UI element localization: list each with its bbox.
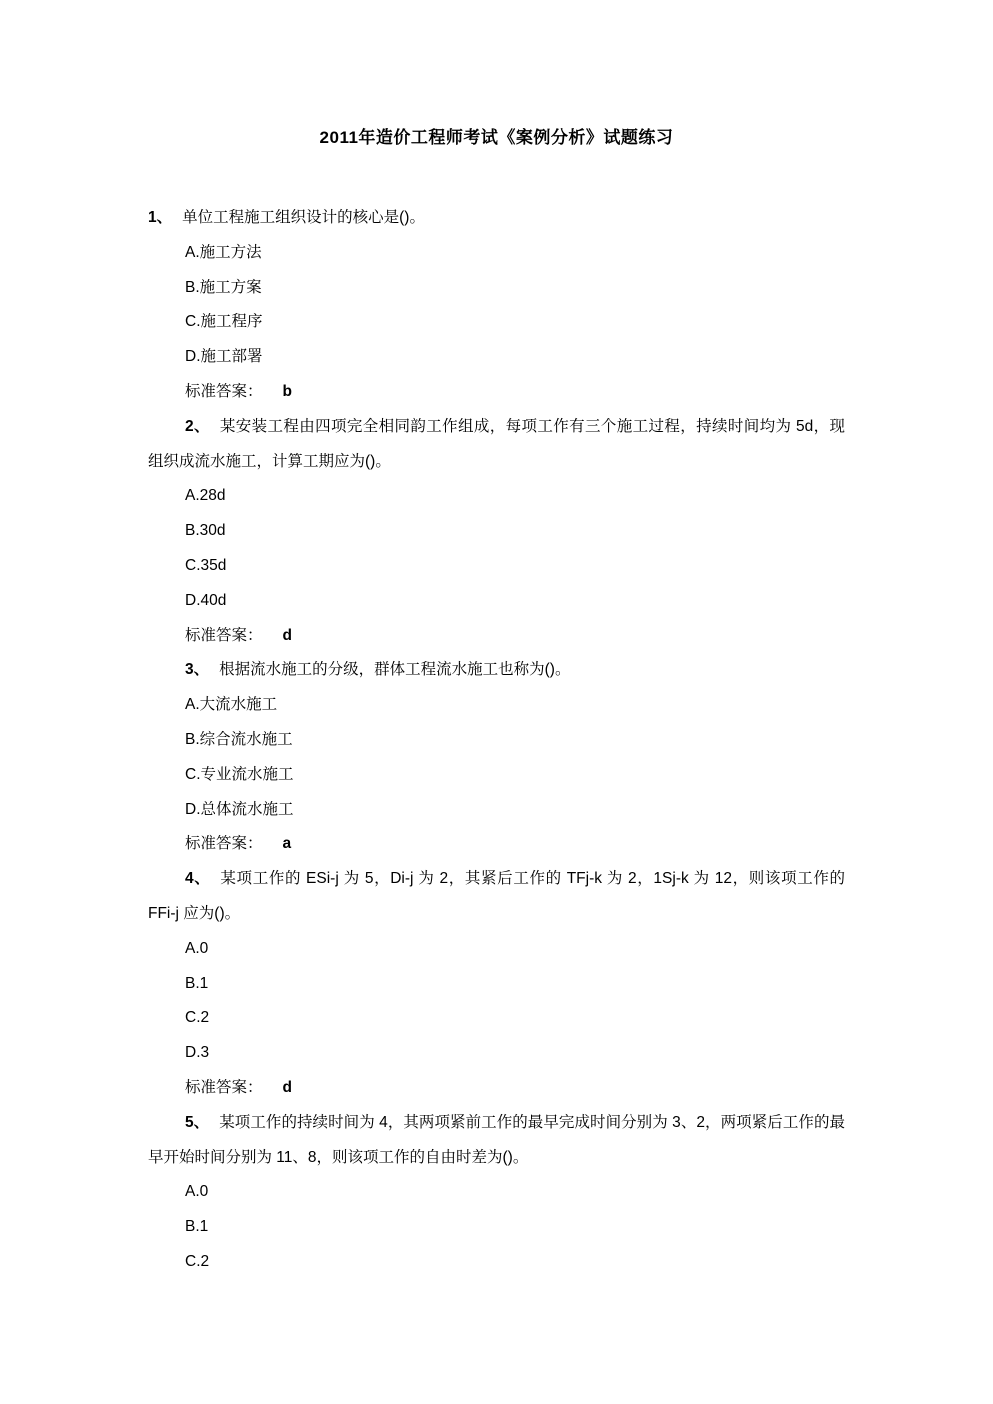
option-a: A.大流水施工 bbox=[148, 688, 845, 723]
answer-label: 标准答案： bbox=[185, 383, 263, 400]
question-number: 5、 bbox=[185, 1114, 209, 1131]
answer-value: a bbox=[283, 835, 292, 852]
question-text: 4、某项工作的 ESi-j 为 5，Di-j 为 2，其紧后工作的 TFj-k … bbox=[148, 862, 845, 932]
page-title: 2011年造价工程师考试《案例分析》试题练习 bbox=[148, 126, 845, 150]
question-body: 单位工程施工组织设计的核心是()。 bbox=[182, 209, 425, 226]
option-a: A.0 bbox=[148, 932, 845, 967]
question-text: 5、某项工作的持续时间为 4，其两项紧前工作的最早完成时间分别为 3、2，两项紧… bbox=[148, 1106, 845, 1176]
document-page: 2011年造价工程师考试《案例分析》试题练习 1、单位工程施工组织设计的核心是(… bbox=[0, 0, 993, 1404]
answer-line: 标准答案：b bbox=[148, 375, 845, 410]
question-number: 2、 bbox=[185, 418, 210, 435]
option-c: C.专业流水施工 bbox=[148, 758, 845, 793]
option-d: D.40d bbox=[148, 584, 845, 619]
option-a: A.施工方法 bbox=[148, 236, 845, 271]
question-body: 某项工作的 ESi-j 为 5，Di-j 为 2，其紧后工作的 TFj-k 为 … bbox=[148, 870, 845, 922]
question-list: 1、单位工程施工组织设计的核心是()。 A.施工方法 B.施工方案 C.施工程序… bbox=[148, 201, 845, 1280]
question-text: 2、某安装工程由四项完全相同韵工作组成，每项工作有三个施工过程，持续时间均为 5… bbox=[148, 410, 845, 480]
question-number: 4、 bbox=[185, 870, 210, 887]
answer-line: 标准答案：d bbox=[148, 619, 845, 654]
option-c: C.35d bbox=[148, 549, 845, 584]
option-d: D.3 bbox=[148, 1036, 845, 1071]
question-4: 4、某项工作的 ESi-j 为 5，Di-j 为 2，其紧后工作的 TFj-k … bbox=[148, 862, 845, 1106]
question-number: 3、 bbox=[185, 661, 209, 678]
question-5: 5、某项工作的持续时间为 4，其两项紧前工作的最早完成时间分别为 3、2，两项紧… bbox=[148, 1106, 845, 1280]
answer-value: d bbox=[283, 1079, 292, 1096]
option-c: C.2 bbox=[148, 1245, 845, 1280]
option-b: B.1 bbox=[148, 1210, 845, 1245]
option-b: B.1 bbox=[148, 967, 845, 1002]
question-body: 某安装工程由四项完全相同韵工作组成，每项工作有三个施工过程，持续时间均为 5d，… bbox=[148, 418, 845, 470]
question-body: 某项工作的持续时间为 4，其两项紧前工作的最早完成时间分别为 3、2，两项紧后工… bbox=[148, 1114, 845, 1166]
question-number: 1、 bbox=[148, 209, 172, 226]
option-a: A.28d bbox=[148, 479, 845, 514]
question-1: 1、单位工程施工组织设计的核心是()。 A.施工方法 B.施工方案 C.施工程序… bbox=[148, 201, 845, 410]
answer-line: 标准答案：d bbox=[148, 1071, 845, 1106]
answer-value: b bbox=[283, 383, 292, 400]
question-2: 2、某安装工程由四项完全相同韵工作组成，每项工作有三个施工过程，持续时间均为 5… bbox=[148, 410, 845, 654]
option-b: B.施工方案 bbox=[148, 271, 845, 306]
option-b: B.综合流水施工 bbox=[148, 723, 845, 758]
question-text: 3、根据流水施工的分级，群体工程流水施工也称为()。 bbox=[148, 653, 845, 688]
question-text: 1、单位工程施工组织设计的核心是()。 bbox=[148, 201, 845, 236]
question-3: 3、根据流水施工的分级，群体工程流水施工也称为()。 A.大流水施工 B.综合流… bbox=[148, 653, 845, 862]
answer-label: 标准答案： bbox=[185, 1079, 263, 1096]
question-body: 根据流水施工的分级，群体工程流水施工也称为()。 bbox=[219, 661, 570, 678]
option-c: C.2 bbox=[148, 1001, 845, 1036]
option-b: B.30d bbox=[148, 514, 845, 549]
option-c: C.施工程序 bbox=[148, 305, 845, 340]
answer-label: 标准答案： bbox=[185, 835, 263, 852]
option-d: D.总体流水施工 bbox=[148, 793, 845, 828]
option-d: D.施工部署 bbox=[148, 340, 845, 375]
option-a: A.0 bbox=[148, 1175, 845, 1210]
answer-value: d bbox=[283, 627, 292, 644]
answer-label: 标准答案： bbox=[185, 627, 263, 644]
answer-line: 标准答案：a bbox=[148, 827, 845, 862]
